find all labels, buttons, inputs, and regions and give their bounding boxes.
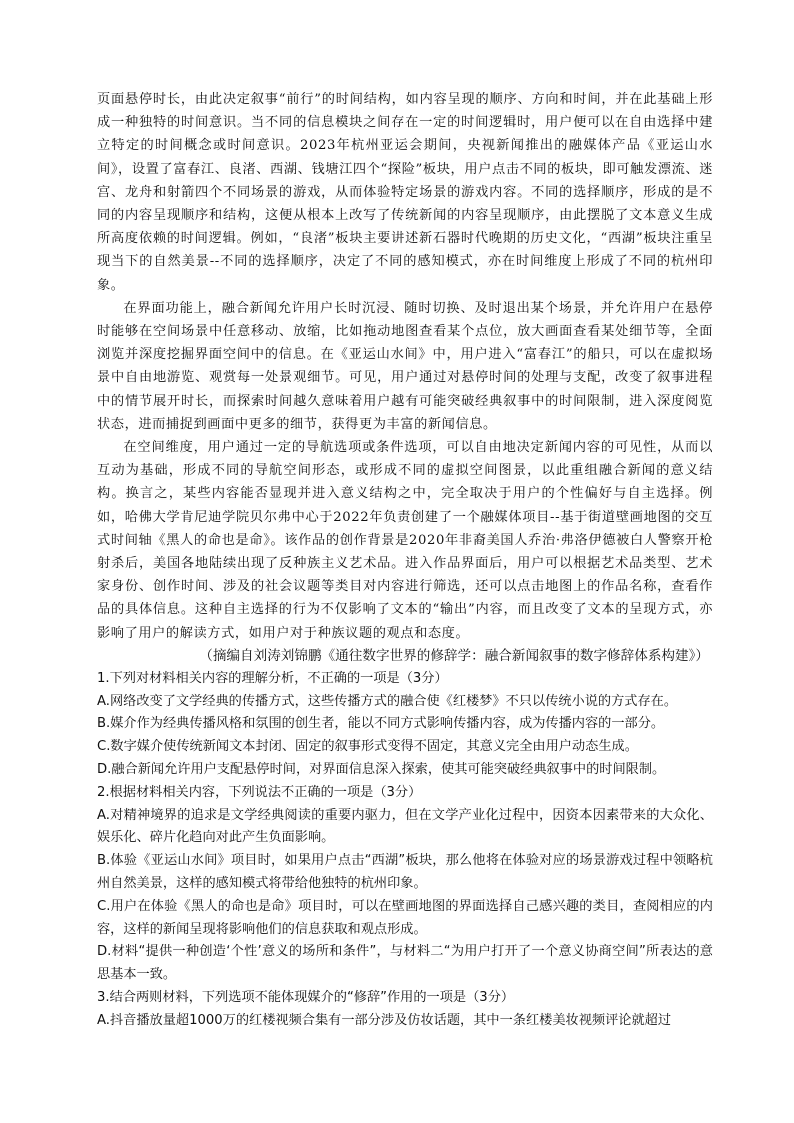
question-2: 2.根据材料相关内容，下列说法不正确的一项是（3分） A.对精神境界的追求是文学… [97, 782, 713, 987]
option-d: D.材料“提供一种创造‘个性’意义的场所和条件”，与材料二“为用户打开了一个意义… [97, 941, 713, 987]
option-d: D.融合新闻允许用户支配悬停时间，对界面信息深入探索，使其可能突破经典叙事中的时… [97, 759, 713, 782]
question-stem: 3.结合两则材料，下列选项不能体现媒介的“修辞”作用的一项是（3分） [97, 987, 713, 1010]
passage-paragraph-3: 在空间维度，用户通过一定的导航选项或条件选项，可以自由地决定新闻内容的可见性，从… [97, 436, 713, 645]
option-c: C.用户在体验《黑人的命也是命》项目时，可以在壁画地图的界面选择自己感兴趣的类目… [97, 896, 713, 942]
question-stem: 2.根据材料相关内容，下列说法不正确的一项是（3分） [97, 782, 713, 805]
option-b: B.媒介作为经典传播风格和氛围的创生者，能以不同方式影响传播内容，成为传播内容的… [97, 713, 713, 736]
question-1: 1.下列对材料相关内容的理解分析，不正确的一项是（3分） A.网络改变了文学经典… [97, 668, 713, 782]
option-c: C.数字媒介使传统新闻文本封闭、固定的叙事形式变得不固定，其意义完全由用户动态生… [97, 736, 713, 759]
question-stem: 1.下列对材料相关内容的理解分析，不正确的一项是（3分） [97, 668, 713, 691]
exam-page: 页面悬停时长，由此决定叙事“前行”的时间结构，如内容呈现的顺序、方向和时间，并在… [97, 88, 713, 1033]
question-3: 3.结合两则材料，下列选项不能体现媒介的“修辞”作用的一项是（3分） A.抖音播… [97, 987, 713, 1033]
option-b: B.体验《亚运山水间》项目时，如果用户点击“西湖”板块，那么他将在体验对应的场景… [97, 850, 713, 896]
passage-source: （摘编自刘涛刘锦鹏《通往数字世界的修辞学：融合新闻叙事的数字修辞体系构建》） [97, 645, 713, 668]
option-a: A.网络改变了文学经典的传播方式，这些传播方式的融合使《红楼梦》不只以传统小说的… [97, 691, 713, 714]
option-a: A.抖音播放量超1000万的红楼视频合集有一部分涉及仿妆话题，其中一条红楼美妆视… [97, 1010, 713, 1033]
passage-paragraph-1: 页面悬停时长，由此决定叙事“前行”的时间结构，如内容呈现的顺序、方向和时间，并在… [97, 88, 713, 297]
option-a: A.对精神境界的追求是文学经典阅读的重要内驱力，但在文学产业化过程中，因资本因素… [97, 805, 713, 851]
passage-paragraph-2: 在界面功能上，融合新闻允许用户长时沉浸、随时切换、及时退出某个场景，并允许用户在… [97, 297, 713, 436]
